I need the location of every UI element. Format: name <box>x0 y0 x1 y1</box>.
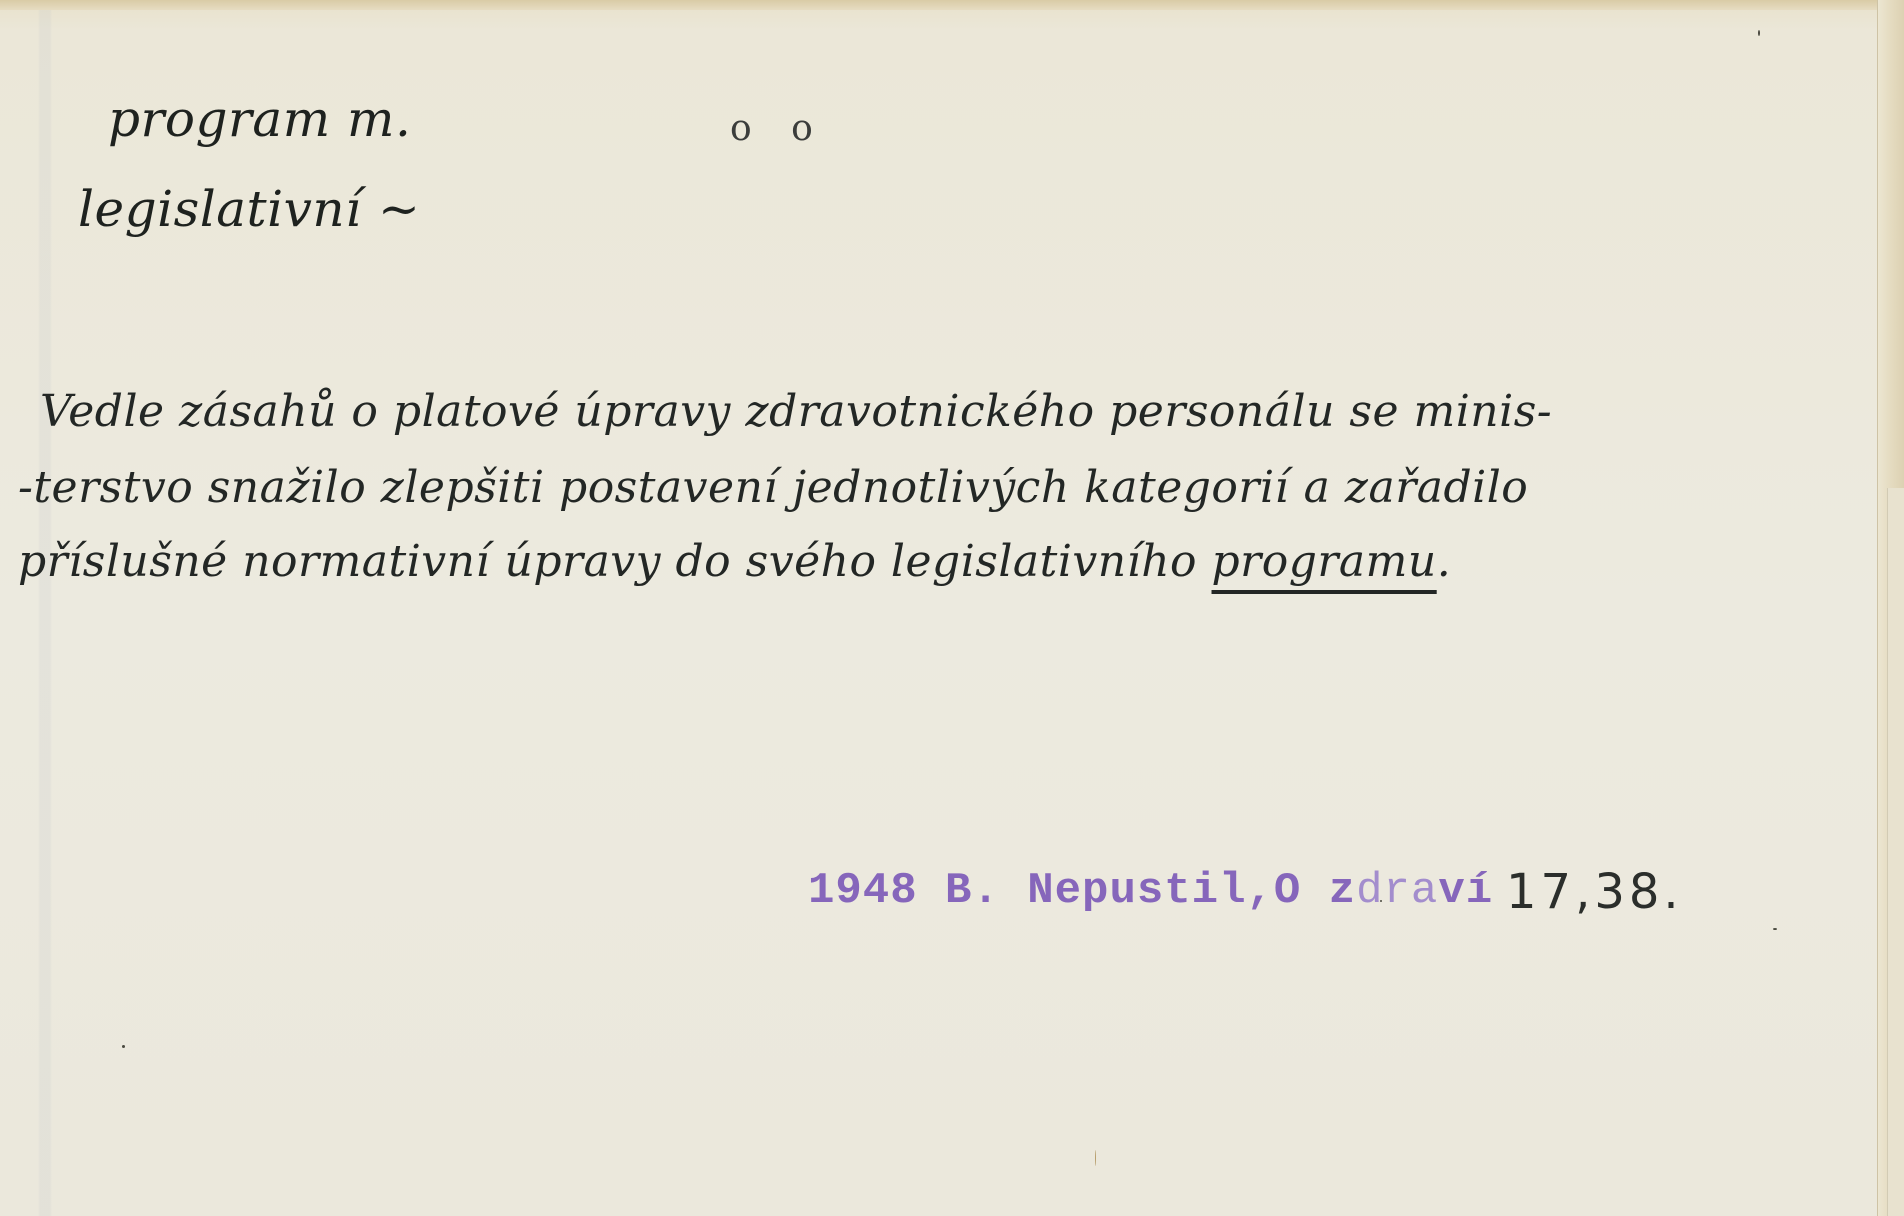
paper-speck <box>1773 928 1777 930</box>
page-reference: 17,38. <box>1506 864 1683 920</box>
body-text-line-3-prefix: příslušné normativní úpravy do svého leg… <box>18 536 1212 587</box>
source-stamp: 1948 B. Nepustil,O zdraví <box>808 866 1493 916</box>
body-text-line-3-suffix: . <box>1437 536 1452 587</box>
paper-speck <box>122 1045 125 1048</box>
underlined-word-programu: programu <box>1212 536 1437 587</box>
heading-keyword-line-2: legislativní ~ <box>78 180 420 238</box>
stamp-author: B. Nepustil, <box>945 866 1274 916</box>
body-text-line-3: příslušné normativní úpravy do svého leg… <box>18 536 1451 587</box>
stamp-title-end: ví <box>1438 866 1493 916</box>
paper-fiber <box>1095 1150 1096 1166</box>
body-text-line-2: -terstvo snažilo zlepšiti postavení jedn… <box>18 462 1528 513</box>
card-top-edge <box>0 0 1904 10</box>
card-right-edge-lower <box>1887 488 1904 1216</box>
stamp-title-strong: O z <box>1274 866 1356 916</box>
heading-marks: o o <box>730 108 827 149</box>
paper-speck <box>1758 30 1760 36</box>
stamp-year: 1948 <box>808 866 918 916</box>
stamp-title-faded: dra <box>1356 866 1438 916</box>
heading-keyword-line-1: program m. <box>108 90 411 148</box>
body-text-line-1: Vedle zásahů o platové úpravy zdravotnic… <box>40 386 1552 437</box>
index-card: program m. o o legislativní ~ Vedle zása… <box>0 0 1904 1216</box>
paper-speck <box>1380 900 1382 902</box>
